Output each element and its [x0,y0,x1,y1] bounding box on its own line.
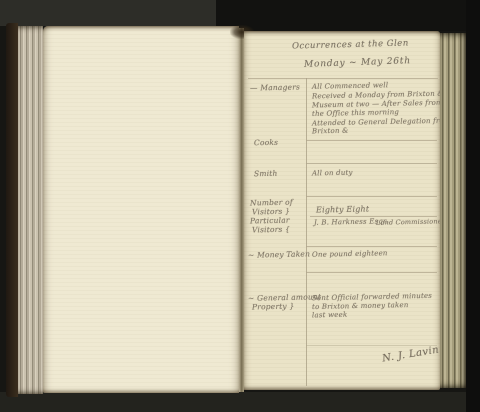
row-label-visitors-2: Visitors { [252,225,290,235]
row-label-cooks: Cooks [254,138,278,148]
row-rule [306,140,437,141]
row-label-money-taken: ~ Money Taken [248,249,310,259]
entry-line: Brixton & [312,127,349,136]
book-cover-edge [6,23,18,397]
row-label-smith: Smith [254,169,278,178]
left-page-blank [43,26,239,393]
row-rule [306,345,437,346]
entry-visitor-note: Land Commissioner [376,217,445,226]
entry-line: Sent Official forwarded minutes [312,292,432,303]
entry-line: to Brixton & money taken [312,301,409,311]
entry-visitor-count: Eighty Eight [316,204,369,214]
table-column-rule [306,78,307,386]
ledger-date: Monday ~ May 26th [304,56,411,70]
page-stack-left [18,26,43,394]
entry-money: One pound eighteen [312,249,388,259]
entry-line: All Commenced well [312,81,388,91]
entry-line: last week [312,311,348,320]
signature: N. J. Lavin [381,345,439,365]
entry-line: All on duty [312,169,353,178]
background-bottom [0,392,480,412]
right-page-ledger: Occurrences at the Glen Monday ~ May 26t… [244,31,440,390]
row-rule [306,246,437,247]
row-label-property: Property } [252,302,295,312]
background-top-left [0,0,216,26]
row-rule [306,272,437,273]
entry-line: the Office this morning [312,108,399,118]
ledger-title: Occurrences at the Glen [292,38,409,51]
row-label-managers: — Managers [250,82,300,92]
entry-line: Attended to General Delegation from [312,117,451,128]
background-top-right [216,0,480,31]
table-top-rule [248,78,438,79]
background-right-edge [466,0,480,412]
page-stack-right [440,33,466,388]
row-rule [306,163,437,164]
book-photo: Occurrences at the Glen Monday ~ May 26t… [0,0,480,412]
row-rule [306,196,437,197]
